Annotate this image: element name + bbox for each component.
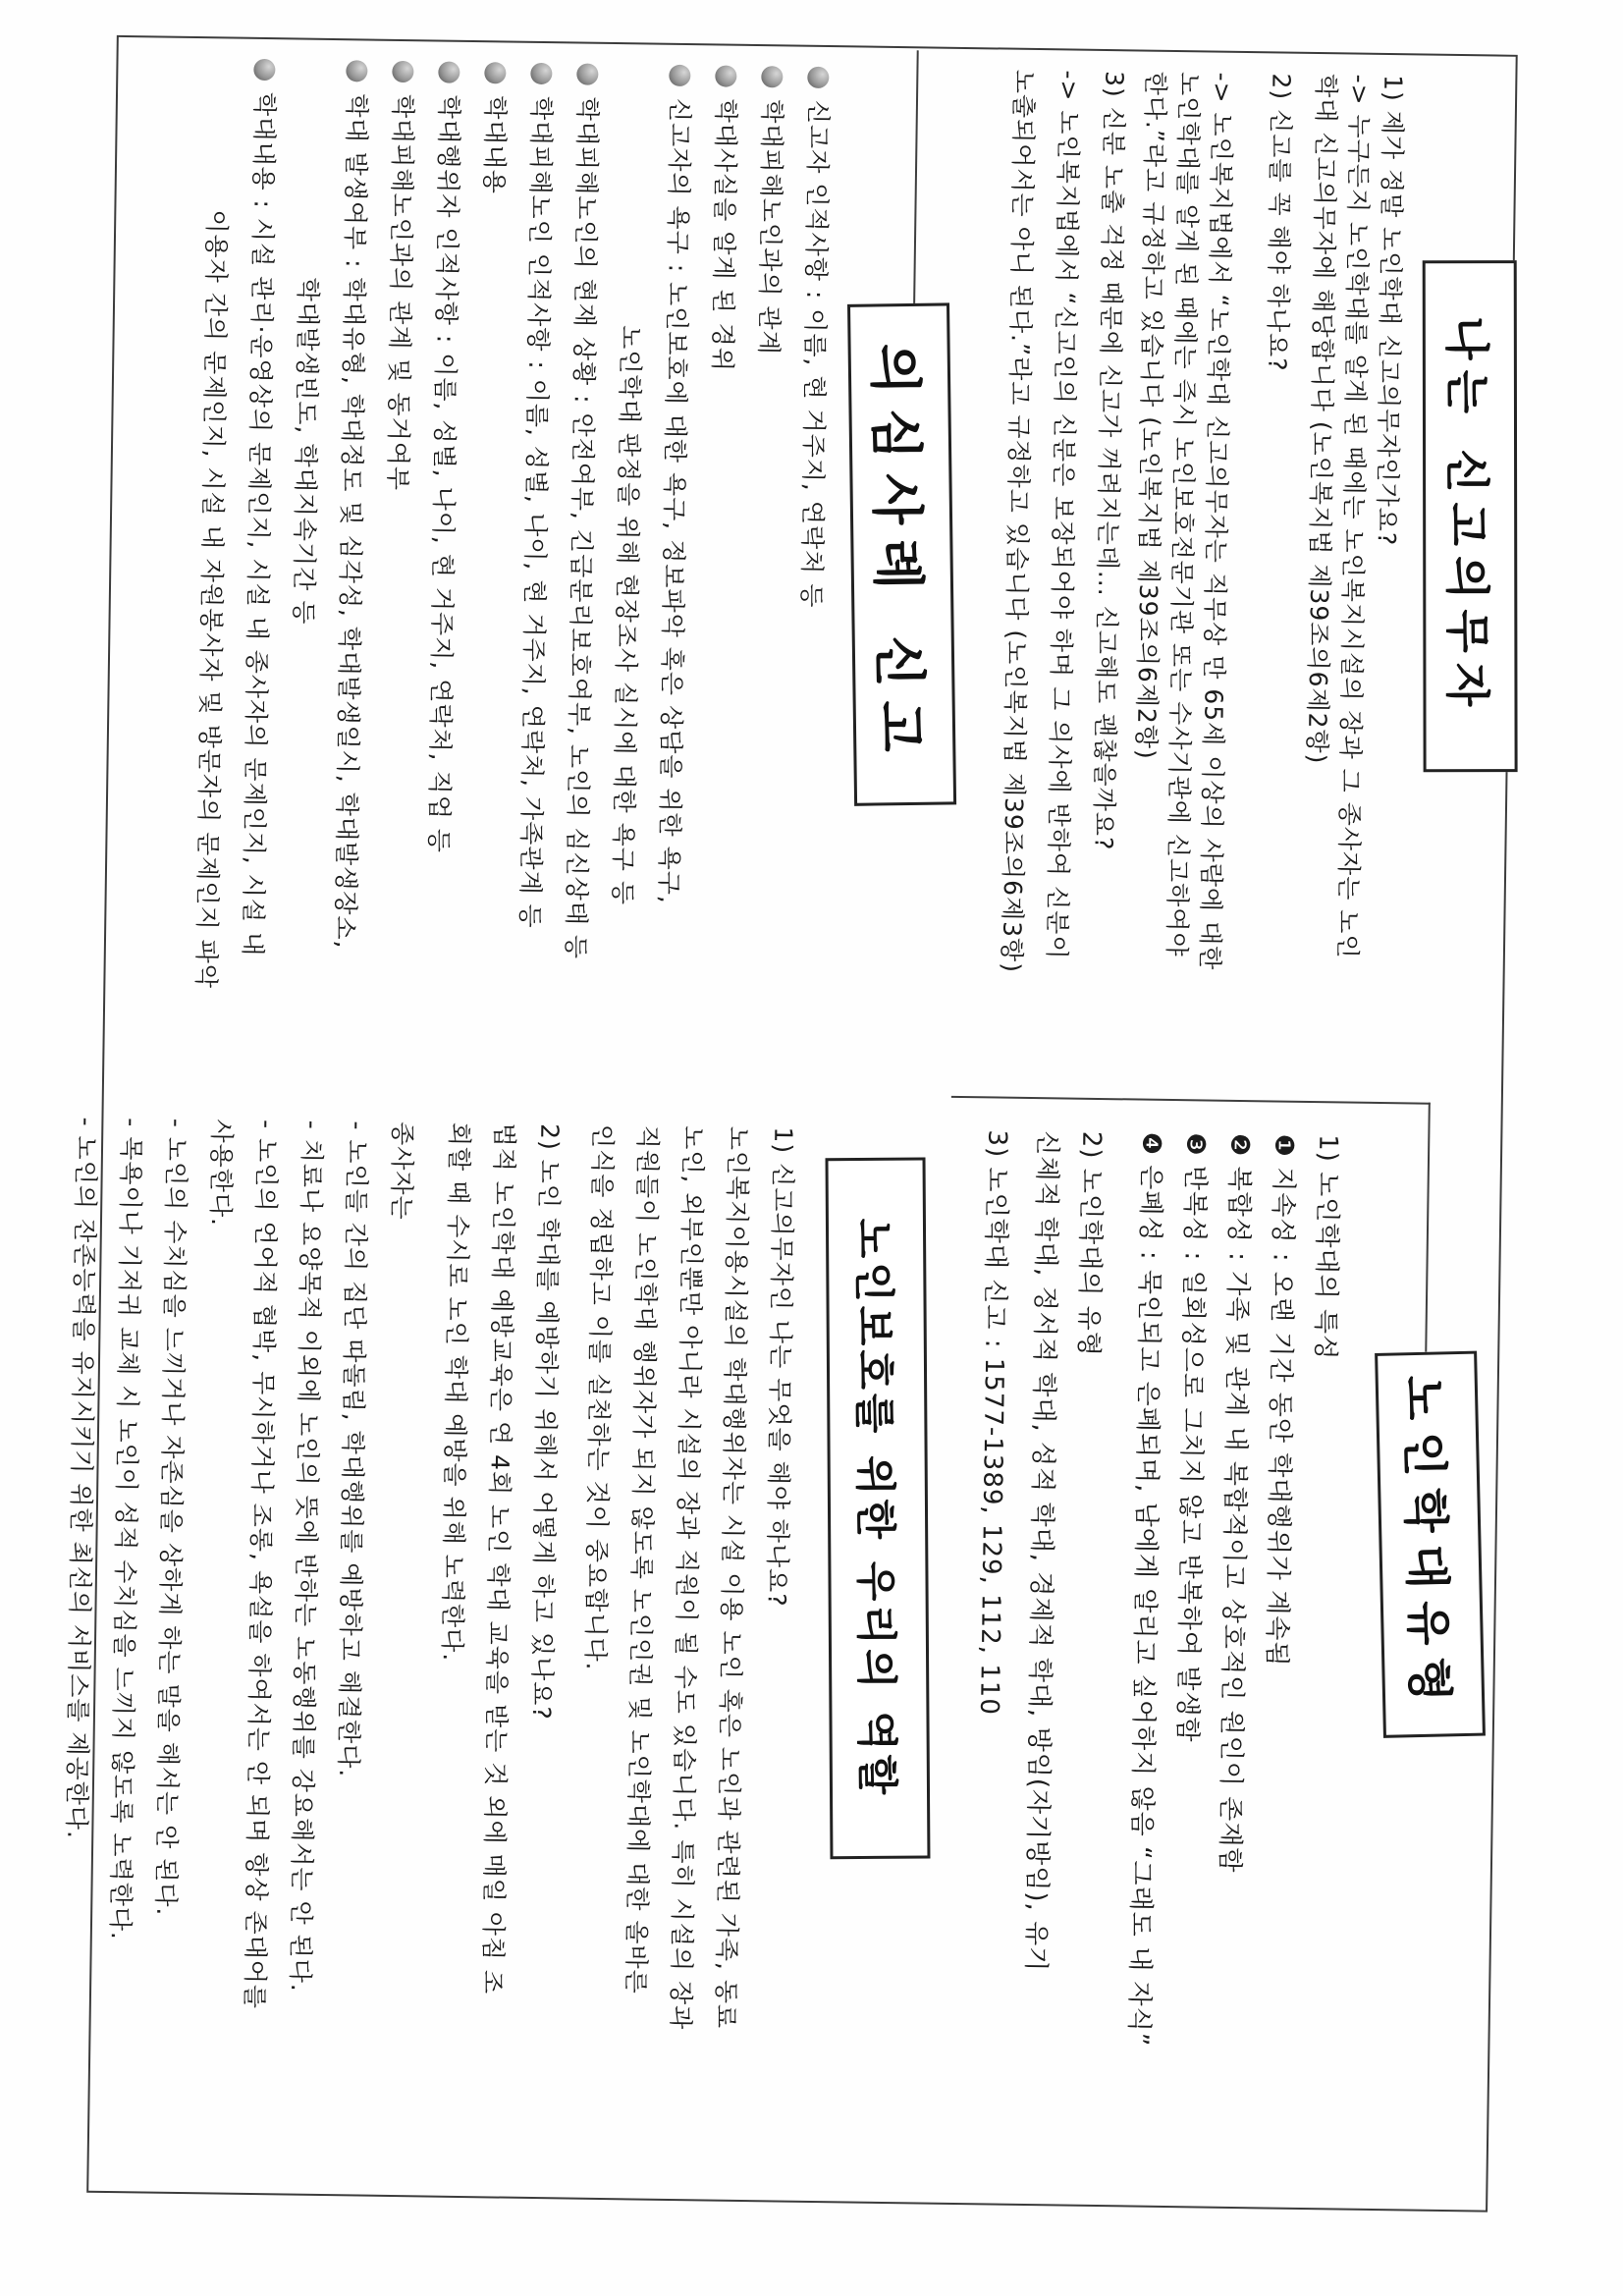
line-text: 1) 신고의무자인 나는 무엇을 해야 하나요?: [763, 1126, 798, 1607]
bullet-ball-icon: [715, 65, 736, 86]
rotated-leaflet: 나는 신고의무자 노인학대유형 의심사례 신고 노인보호를 위한 우리의 역할 …: [36, 15, 1530, 2245]
line-text: 인식을 정립하고 이를 실천하는 것이 중요합니다.: [581, 1124, 618, 1671]
bullet-ball-icon: [438, 61, 460, 82]
title-mandatory-reporter: 나는 신고의무자: [1437, 316, 1503, 716]
bullet-ball-icon: [530, 63, 552, 84]
bullet-ball-icon: [253, 59, 275, 81]
line-text: - 노인들 간의 집단 따돌림, 학대행위를 예방하고 해결한다.: [334, 1121, 371, 1777]
line-text: 이용자 간의 문제인지, 시설 내 자원봉사자 및 방문자의 문제인지 파악: [191, 209, 231, 989]
line-text: - 노인의 수치심을 느끼거나 자존심을 상하게 하는 말을 해서는 안 된다.: [151, 1119, 190, 1917]
line-text: 신고자의 욕구 : 노인보호에 대한 욕구, 정보파악 혹은 상담을 위한 욕구…: [655, 98, 694, 904]
line-text: -> 노인복지법에서 “신고인의 신분은 보장되어야 하며 그 의사에 반하여 …: [1043, 70, 1084, 959]
line-text: 노인학대 판정을 위해 현장조사 실시에 대한 욕구 등: [609, 325, 645, 905]
title-abuse-types: 노인학대유형: [1393, 1375, 1467, 1715]
line-text: 1) 노인학대의 특성: [1310, 1134, 1342, 1360]
text-line: 2) 신고를 꼭 해야 하나요?: [1252, 73, 1298, 977]
title-box-mandatory-reporter: 나는 신고의무자: [1423, 260, 1518, 772]
scanned-document-page: { "page": { "kind": "scanned leaflet (Ko…: [0, 0, 1623, 2296]
section-suspected-case-body: 신고자 인적사항 : 이름, 현 거주지, 연락처 등학대피해노인과의 관계학대…: [183, 58, 841, 998]
line-text: - 노인의 잔존능력을 유지시키기 위한 최선의 서비스를 제공한다.: [62, 1117, 100, 1839]
line-text: 학대 발생여부 : 학대유형, 학대정도 및 심각성, 학대발생일시, 학대발생…: [331, 93, 371, 950]
line-text: 1) 제가 정말 노인학대 신고의무자인가요?: [1373, 75, 1408, 546]
line-text: - 치료나 요양목적 이외에 노인의 뜻에 반하는 노동행위를 강요해서는 안 …: [286, 1121, 326, 1993]
line-text: 노인복지이용시설의 학대행위자는 시설 이용 노인 혹은 노인과 관련된 가족,…: [712, 1126, 753, 2030]
line-text: 신고자 인적사항 : 이름, 현 거주지, 연락처 등: [797, 100, 833, 609]
title-our-role: 노인보호를 위한 우리의 역할: [846, 1218, 909, 1798]
line-text: 회할 때 수시로 노인 학대 예방을 위해 노력한다.: [438, 1122, 474, 1663]
title-box-suspected-case-report: 의심사례 신고: [847, 302, 956, 805]
section-our-role-body: 1) 신고의무자인 나는 무엇을 해야 하나요?노인복지이용시설의 학대행위자는…: [51, 1117, 806, 2032]
line-text: 학대피해노인의 현재 상황 : 안전여부, 긴급분리보호여부, 노인의 심신상태…: [562, 96, 602, 959]
text-line: -> 노인복지법에서 “신고인의 신분은 보장되어야 하며 그 의사에 반하여 …: [1040, 70, 1086, 974]
line-text: 3) 신분 노출 걱정 때문에 신고가 꺼려지는데... 신고해도 괜찮을까요?: [1089, 71, 1128, 851]
scan-background: 나는 신고의무자 노인학대유형 의심사례 신고 노인보호를 위한 우리의 역할 …: [0, 0, 1623, 2296]
line-text: ❸ 반복성 : 일회성으로 그치지 않고 반복하여 발생함: [1172, 1132, 1211, 1743]
line-text: 학대발생빈도, 학대지속기간 등: [289, 277, 322, 625]
section-mandatory-reporter-body: 1) 제가 정말 노인학대 신고의무자인가요?-> 누구든지 노인학대를 알게 …: [995, 70, 1410, 979]
line-text: 신체적 학대, 정서적 학대, 성적 학대, 경제적 학대, 방임(자기방임),…: [1020, 1130, 1061, 1972]
bullet-ball-icon: [807, 67, 829, 88]
text-line: 3) 신분 노출 걱정 때문에 신고가 꺼려지는데... 신고해도 괜찮을까요?: [1085, 71, 1131, 975]
line-text: 직원들이 노인학대 행위자가 되지 않도록 노인인권 및 노인학대에 대한 올바…: [622, 1124, 662, 1995]
bullet-ball-icon: [669, 65, 690, 86]
title-suspected-case-report: 의심사례 신고: [861, 343, 943, 766]
line-text: 학대내용: [480, 95, 510, 194]
line-text: 노인, 외부인뿐만 아니라 시설의 장과 직원이 될 수도 있습니다. 특히 시…: [667, 1125, 708, 2030]
bullet-ball-icon: [346, 60, 367, 82]
line-text: 2) 노인학대의 유형: [1073, 1131, 1106, 1357]
line-text: 2) 노인 학대를 예방하기 위해서 어떻게 하고 있나요?: [527, 1123, 564, 1721]
bullet-ball-icon: [576, 63, 598, 84]
line-text: 학대피해노인 인적사항 : 이름, 성별, 나이, 현 거주지, 연락처, 가족…: [515, 96, 556, 929]
section-abuse-types-body: 1) 노인학대의 특성❶ 지속성 : 오랜 기간 동안 학대행위가 계속됨❷ 복…: [961, 1129, 1349, 2050]
line-text: ❷ 복합성 : 가족 및 관계 내 복합적이고 상호적인 원인이 존재함: [1215, 1133, 1255, 1874]
line-text: 법적 노인학대 예방교육은 연 4회 노인 학대 교육을 받는 것 외에 매일 …: [478, 1122, 518, 1995]
line-text: - 노인의 언어적 협박, 무시하거나 조롱, 욕설을 하여서는 안 되며 항상…: [241, 1120, 282, 2009]
line-text: ❹ 은폐성 : 묵인되고 은폐되며, 남에게 알리고 싶어하지 않음 “그래도 …: [1123, 1132, 1165, 2048]
line-text: 학대피해노인과의 관계: [754, 99, 786, 355]
line-text: 학대내용 : 시설 관리·운영상의 문제인지, 시설 내 종사자의 문제인지, …: [239, 92, 279, 957]
bullet-ball-icon: [761, 66, 783, 87]
line-text: 3) 노인학대 신고 : 1577-1389, 129, 112, 110: [974, 1129, 1011, 1716]
line-text: 사용한다.: [206, 1119, 237, 1227]
line-text: 종사자는: [387, 1121, 416, 1221]
line-text: 학대피해노인과의 관계 및 동거여부: [383, 94, 417, 491]
line-text: 2) 신고를 꼭 해야 하나요?: [1263, 73, 1295, 371]
title-box-abuse-types: 노인학대유형: [1375, 1351, 1486, 1738]
bullet-ball-icon: [484, 62, 506, 83]
line-text: - 목욕이나 기저귀 교체 시 노인이 성적 수치심을 느끼지 않도록 노력한다…: [106, 1118, 146, 1941]
line-text: ❶ 지속성 : 오랜 기간 동안 학대행위가 계속됨: [1262, 1133, 1299, 1667]
bullet-ball-icon: [392, 61, 413, 82]
line-text: 학대사실을 알게 된 경위: [708, 98, 740, 372]
line-text: 학대행위자 인적사항 : 이름, 성별, 나이, 현 거주지, 연락처, 직업 …: [424, 94, 463, 853]
title-box-our-role: 노인보호를 위한 우리의 역할: [826, 1158, 931, 1860]
